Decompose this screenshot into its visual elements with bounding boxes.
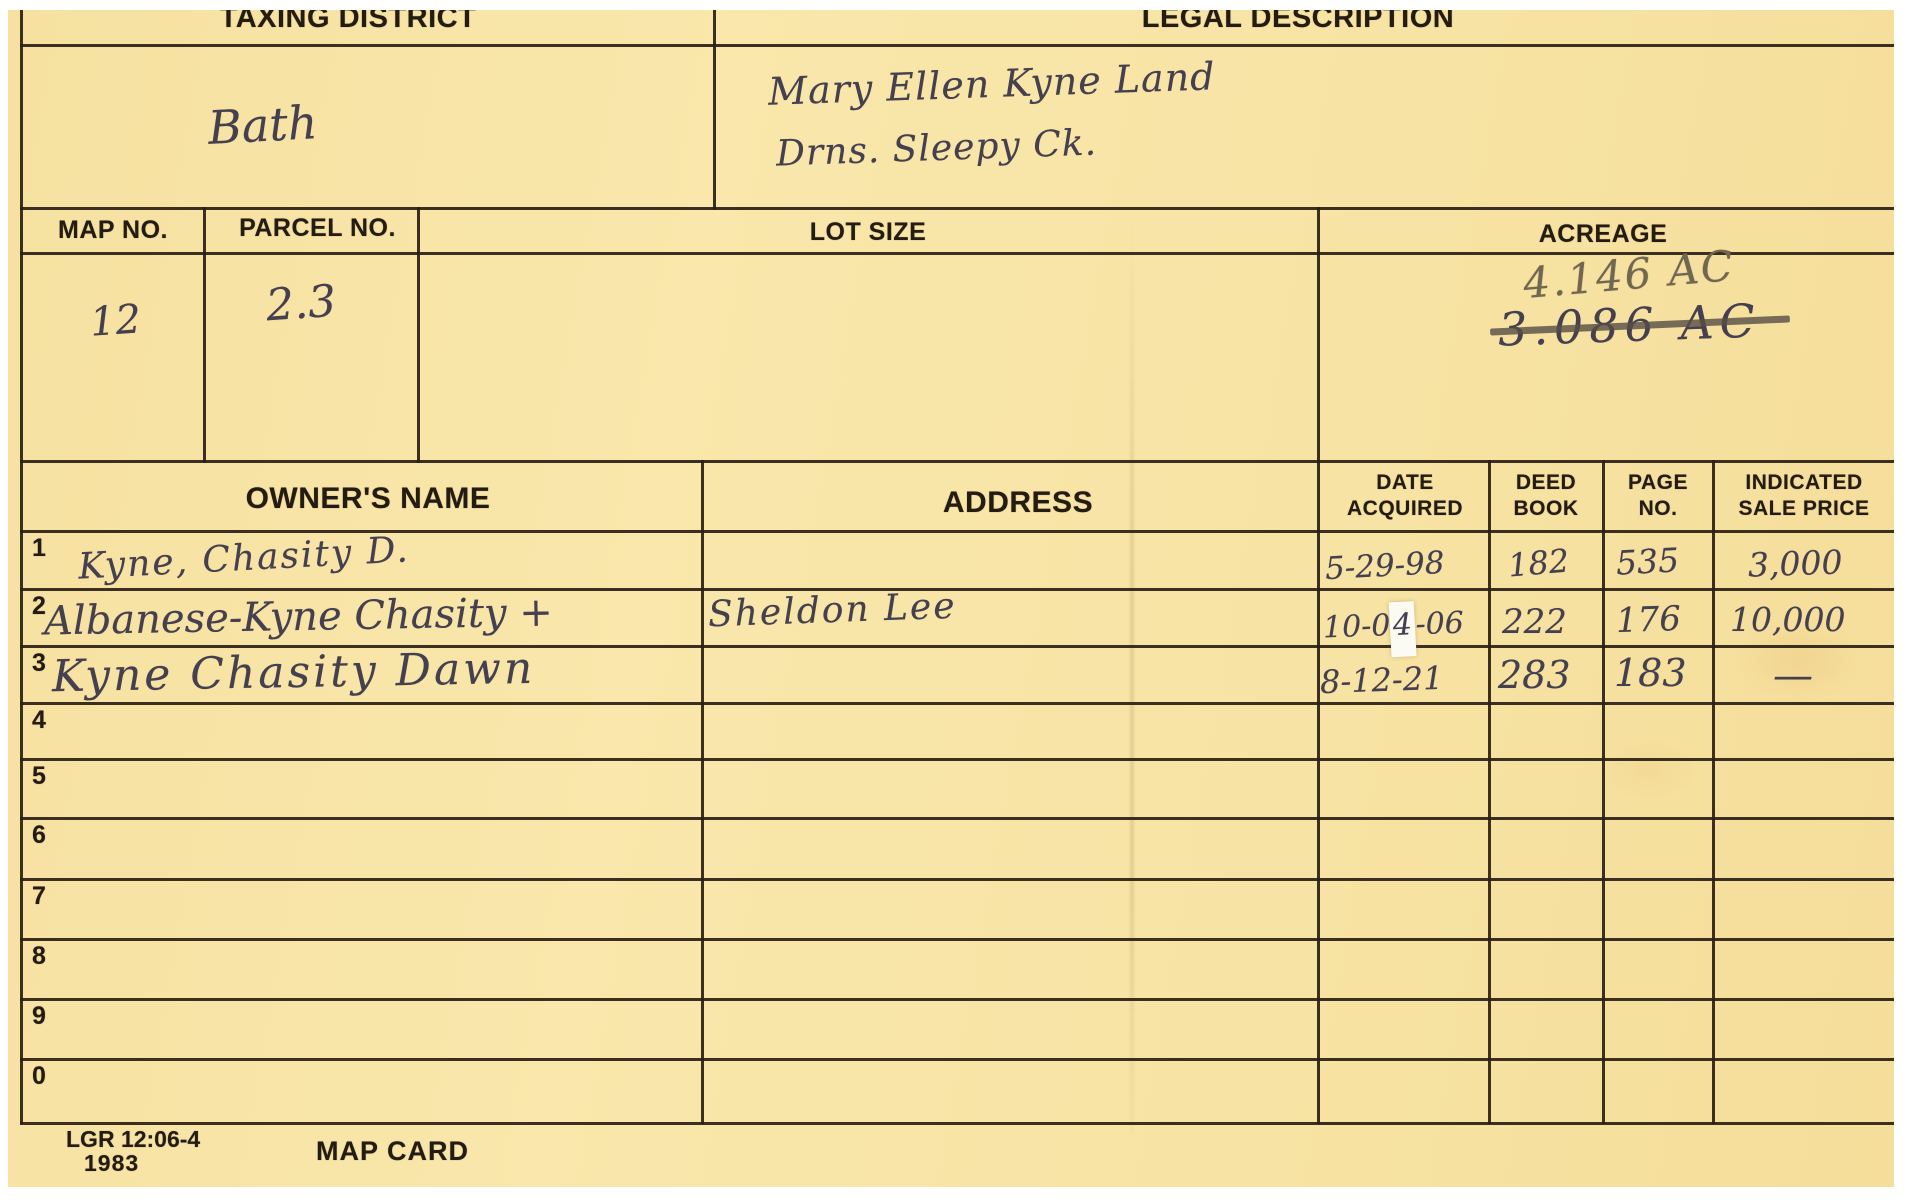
date-part-before-whiteout: 10-0 bbox=[1322, 608, 1391, 645]
map-no-label: MAP NO. bbox=[28, 216, 198, 245]
row-number: 6 bbox=[32, 821, 46, 850]
grid-line-h-table-bottom bbox=[20, 1122, 1894, 1125]
table-row: 2 Albanese-Kyne Chasity + Sheldon Lee 10… bbox=[8, 588, 1894, 645]
deed-book-header-line2: BOOK bbox=[1490, 496, 1602, 522]
legal-description-line2: Drns. Sleepy Ck. bbox=[775, 122, 1097, 174]
table-row: 8 bbox=[8, 938, 1894, 998]
grid-line-h-section2-top bbox=[20, 207, 1894, 210]
date-part-after-whiteout: -06 bbox=[1415, 606, 1465, 643]
lot-size-label: LOT SIZE bbox=[718, 218, 1018, 247]
page-no-header: PAGE NO. bbox=[1604, 470, 1712, 522]
row-number: 4 bbox=[32, 706, 46, 735]
table-row: 3 Kyne Chasity Dawn 8-12-21 283 183 — bbox=[8, 645, 1894, 702]
page-no-header-line2: NO. bbox=[1604, 496, 1712, 522]
deed-book-value: 222 bbox=[1502, 602, 1567, 642]
form-code: LGR 12:06-4 bbox=[66, 1126, 200, 1153]
date-acquired-value: 8-12-21 bbox=[1319, 659, 1444, 701]
taxing-district-label: TAXING DISTRICT bbox=[168, 10, 528, 35]
deed-book-value: 283 bbox=[1498, 653, 1571, 697]
row-number: 3 bbox=[32, 649, 46, 678]
owner-name-value: Kyne Chasity Dawn bbox=[52, 643, 536, 702]
page-no-value: 176 bbox=[1615, 599, 1681, 641]
grid-line-h-top-header bbox=[20, 44, 1894, 47]
sale-price-value: 3,000 bbox=[1747, 542, 1843, 584]
table-row: 1 Kyne, Chasity D. 5-29-98 182 535 3,000 bbox=[8, 530, 1894, 588]
grid-line-v-parcel-lot-divider bbox=[417, 207, 420, 463]
indicated-sale-price-header-line1: INDICATED bbox=[1714, 470, 1894, 496]
deed-book-value: 182 bbox=[1506, 541, 1570, 584]
card-title: MAP CARD bbox=[316, 1136, 469, 1167]
address-header: ADDRESS bbox=[878, 486, 1158, 520]
row-number: 8 bbox=[32, 942, 46, 971]
page-no-value: 183 bbox=[1614, 651, 1687, 695]
table-row: 4 bbox=[8, 702, 1894, 758]
date-acquired-value: 5-29-98 bbox=[1324, 545, 1445, 587]
date-acquired-header-line1: DATE bbox=[1320, 470, 1490, 496]
grid-line-v-taxing-legal-divider bbox=[713, 10, 716, 210]
owners-name-header: OWNER'S NAME bbox=[208, 482, 528, 516]
taxing-district-value: Bath bbox=[207, 95, 319, 155]
scanned-page: TAXING DISTRICT LEGAL DESCRIPTION Bath M… bbox=[0, 0, 1912, 1204]
table-row: 6 bbox=[8, 817, 1894, 878]
indicated-sale-price-header: INDICATED SALE PRICE bbox=[1714, 470, 1894, 522]
date-acquired-header-line2: ACQUIRED bbox=[1320, 496, 1490, 522]
sale-price-value: 10,000 bbox=[1730, 600, 1845, 639]
page-no-header-line1: PAGE bbox=[1604, 470, 1712, 496]
grid-line-h-table-top bbox=[20, 460, 1894, 463]
form-year: 1983 bbox=[84, 1150, 139, 1177]
row-number: 5 bbox=[32, 762, 46, 791]
table-row: 5 bbox=[8, 758, 1894, 817]
deed-book-header: DEED BOOK bbox=[1490, 470, 1602, 522]
parcel-no-label: PARCEL NO. bbox=[230, 214, 405, 243]
grid-line-v-map-parcel-divider bbox=[203, 207, 206, 463]
row-number: 0 bbox=[32, 1062, 46, 1091]
owner-name-value: Kyne, Chasity D. bbox=[77, 529, 410, 587]
map-card: TAXING DISTRICT LEGAL DESCRIPTION Bath M… bbox=[8, 10, 1894, 1187]
legal-description-label: LEGAL DESCRIPTION bbox=[1098, 10, 1498, 35]
row-number: 1 bbox=[32, 534, 46, 563]
map-no-value: 12 bbox=[88, 296, 142, 345]
date-acquired-header: DATE ACQUIRED bbox=[1320, 470, 1490, 522]
sale-price-value: — bbox=[1773, 653, 1811, 699]
row-number: 7 bbox=[32, 882, 46, 911]
table-row: 9 bbox=[8, 998, 1894, 1058]
row-number: 9 bbox=[32, 1002, 46, 1031]
address-value: Sheldon Lee bbox=[707, 586, 957, 636]
owner-name-value: Albanese-Kyne Chasity + bbox=[44, 590, 554, 645]
deed-book-header-line1: DEED bbox=[1490, 470, 1602, 496]
table-row: 7 bbox=[8, 878, 1894, 938]
parcel-no-value: 2.3 bbox=[264, 276, 337, 332]
page-no-value: 535 bbox=[1615, 540, 1680, 582]
date-acquired-value: 10-04-06 bbox=[1322, 606, 1464, 646]
table-row: 0 bbox=[8, 1058, 1894, 1122]
legal-description-line1: Mary Ellen Kyne Land bbox=[767, 54, 1216, 114]
indicated-sale-price-header-line2: SALE PRICE bbox=[1714, 496, 1894, 522]
